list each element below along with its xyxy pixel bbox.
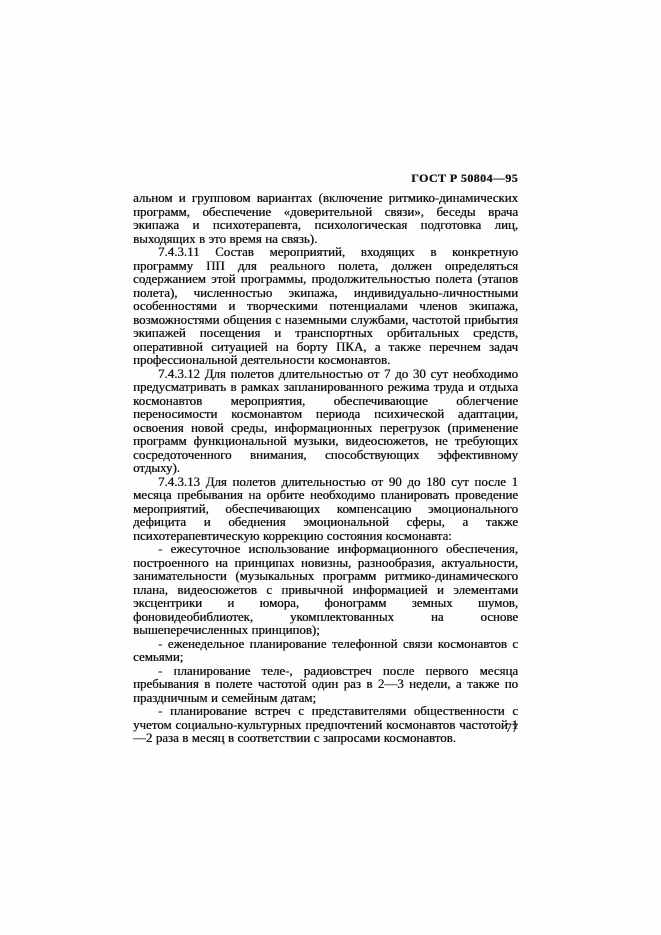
paragraph-7-4-3-12: 7.4.3.12 Для полетов длительностью от 7 … xyxy=(133,368,518,476)
paragraph-7-4-3-11: 7.4.3.11 Состав мероприятий, входящих в … xyxy=(133,246,518,368)
list-item-weekly-phone: - еженедельное планирование телефонной с… xyxy=(133,638,518,665)
list-item-tele-radio-meetings: - планирование теле-, радиовстреч после … xyxy=(133,665,518,706)
document-page: ГОСТ Р 50804—95 альном и групповом вариа… xyxy=(0,0,661,935)
page-number: 77 xyxy=(133,721,518,736)
running-header: ГОСТ Р 50804—95 xyxy=(133,171,518,186)
document-body: альном и групповом вариантах (включение … xyxy=(133,192,518,746)
paragraph-7-4-3-13: 7.4.3.13 Для полетов длительностью от 90… xyxy=(133,476,518,544)
paragraph-continuation: альном и групповом вариантах (включение … xyxy=(133,192,518,246)
list-item-daily-information: - ежесуточное использование информационн… xyxy=(133,543,518,638)
